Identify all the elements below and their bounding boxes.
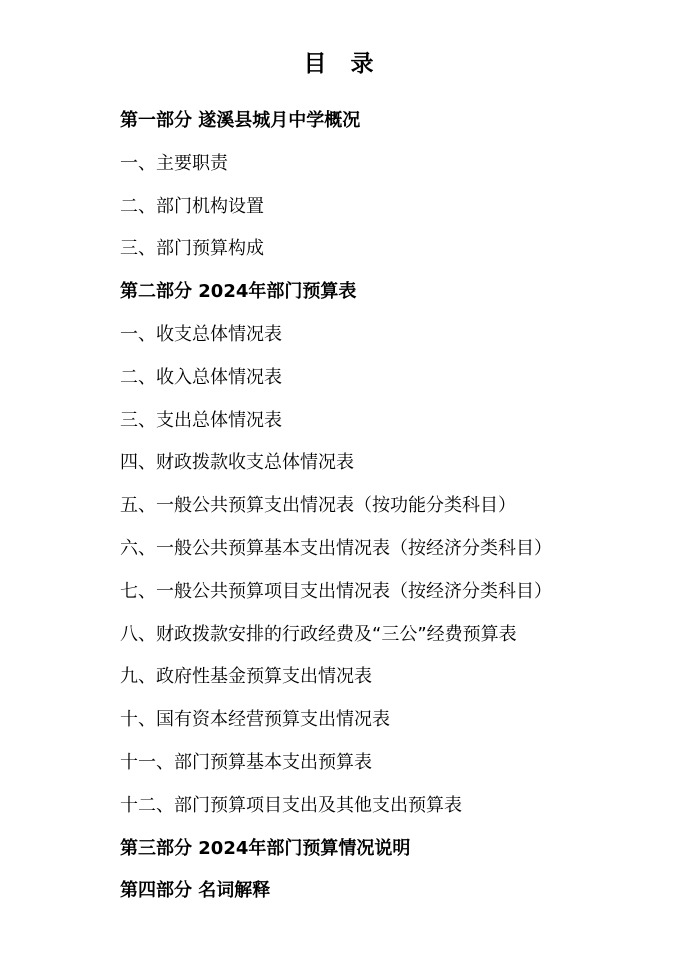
toc-entry: 七、一般公共预算项目支出情况表（按经济分类科目） bbox=[120, 581, 638, 624]
toc-entry: 四、财政拨款收支总体情况表 bbox=[120, 452, 638, 495]
toc-entry: 二、部门机构设置 bbox=[120, 196, 638, 239]
toc-entry: 三、支出总体情况表 bbox=[120, 410, 638, 453]
toc-entry: 六、一般公共预算基本支出情况表（按经济分类科目） bbox=[120, 538, 638, 581]
toc-entry: 九、政府性基金预算支出情况表 bbox=[120, 666, 638, 709]
table-of-contents: 第一部分 遂溪县城月中学概况 一、主要职责 二、部门机构设置 三、部门预算构成 … bbox=[0, 110, 678, 923]
toc-entry: 一、主要职责 bbox=[120, 153, 638, 196]
toc-entry: 十二、部门预算项目支出及其他支出预算表 bbox=[120, 795, 638, 838]
toc-entry: 十一、部门预算基本支出预算表 bbox=[120, 752, 638, 795]
toc-entry: 二、收入总体情况表 bbox=[120, 367, 638, 410]
toc-section-heading: 第二部分 2024年部门预算表 bbox=[120, 281, 638, 324]
toc-section-heading: 第三部分 2024年部门预算情况说明 bbox=[120, 838, 638, 881]
toc-entry: 一、收支总体情况表 bbox=[120, 324, 638, 367]
toc-entry: 三、部门预算构成 bbox=[120, 238, 638, 281]
toc-section-heading: 第一部分 遂溪县城月中学概况 bbox=[120, 110, 638, 153]
document-page: 目 录 第一部分 遂溪县城月中学概况 一、主要职责 二、部门机构设置 三、部门预… bbox=[0, 0, 678, 968]
toc-section-heading: 第四部分 名词解释 bbox=[120, 880, 638, 923]
page-title: 目 录 bbox=[0, 0, 678, 78]
toc-entry: 八、财政拨款安排的行政经费及“三公”经费预算表 bbox=[120, 624, 638, 667]
toc-entry: 五、一般公共预算支出情况表（按功能分类科目） bbox=[120, 495, 638, 538]
toc-entry: 十、国有资本经营预算支出情况表 bbox=[120, 709, 638, 752]
